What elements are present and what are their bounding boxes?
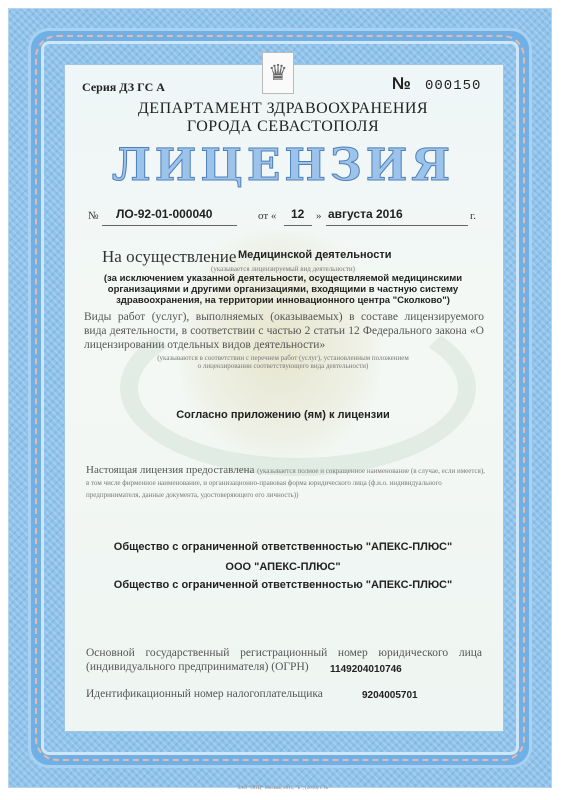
ogrn-label: Основной государственный регистрационный… <box>86 646 482 674</box>
print-note: ЗАО "ОПЦ" Москва, 2015, "Б", (2016) г. № <box>0 786 566 791</box>
exception-line: здравоохранения, на территории инновацио… <box>0 295 566 306</box>
underline <box>326 225 468 226</box>
grantee-firm-name: Общество с ограниченной ответственностью… <box>0 579 566 591</box>
grantee-short-name: ООО "АПЕКС-ПЛЮС" <box>0 561 566 573</box>
series-label: Серия ДЗ ГС А <box>82 80 165 95</box>
year-suffix: г. <box>470 210 476 222</box>
license-month-year: августа 2016 <box>328 207 403 221</box>
exception-line: организациями и другими организациями, в… <box>0 284 566 295</box>
license-number-sign: № <box>88 210 99 222</box>
underline <box>284 225 312 226</box>
inn-label: Идентификационный номер налогоплательщик… <box>86 687 386 701</box>
license-number: ЛО-92-01-000040 <box>116 207 212 221</box>
activity-exception: (за исключением указанной деятельности, … <box>0 273 566 306</box>
document-title: ЛИЦЕНЗИЯ <box>0 140 566 191</box>
form-number-sign: № <box>392 74 411 94</box>
underline <box>102 225 237 226</box>
works-description: Виды работ (услуг), выполняемых (оказыва… <box>84 310 484 352</box>
grantee-full-name: Общество с ограниченной ответственностью… <box>0 541 566 553</box>
works-value: Согласно приложению (ям) к лицензии <box>0 409 566 421</box>
from-label: от « <box>258 210 276 222</box>
license-day: 12 <box>291 207 304 221</box>
activity-label: На осуществление <box>102 247 236 267</box>
form-number: 000150 <box>425 78 481 94</box>
activity-hint: (указывается лицензируемый вид деятельно… <box>0 265 566 273</box>
license-number-row: № ЛО-92-01-000040 от « 12 » августа 2016… <box>88 207 478 227</box>
activity-value: Медицинской деятельности <box>238 249 391 261</box>
close-quote: » <box>316 210 322 222</box>
department-name-line2: ГОРОДА СЕВАСТОПОЛЯ <box>0 118 566 136</box>
exception-line: (за исключением указанной деятельности, … <box>0 273 566 284</box>
works-hint-line1: (указываются в соответствии с перечнем р… <box>0 354 566 362</box>
ogrn-value: 1149204010746 <box>330 664 402 675</box>
coat-of-arms-icon: ♛ <box>262 52 294 94</box>
inn-value: 9204005701 <box>362 690 418 701</box>
grantee-label: Настоящая лицензия предоставлена <box>86 464 254 476</box>
grantee-section: Настоящая лицензия предоставлена (указыв… <box>86 465 486 501</box>
department-name-line1: ДЕПАРТАМЕНТ ЗДРАВООХРАНЕНИЯ <box>0 100 566 118</box>
works-hint-line2: о лицензировании соответствующего вида д… <box>0 362 566 370</box>
